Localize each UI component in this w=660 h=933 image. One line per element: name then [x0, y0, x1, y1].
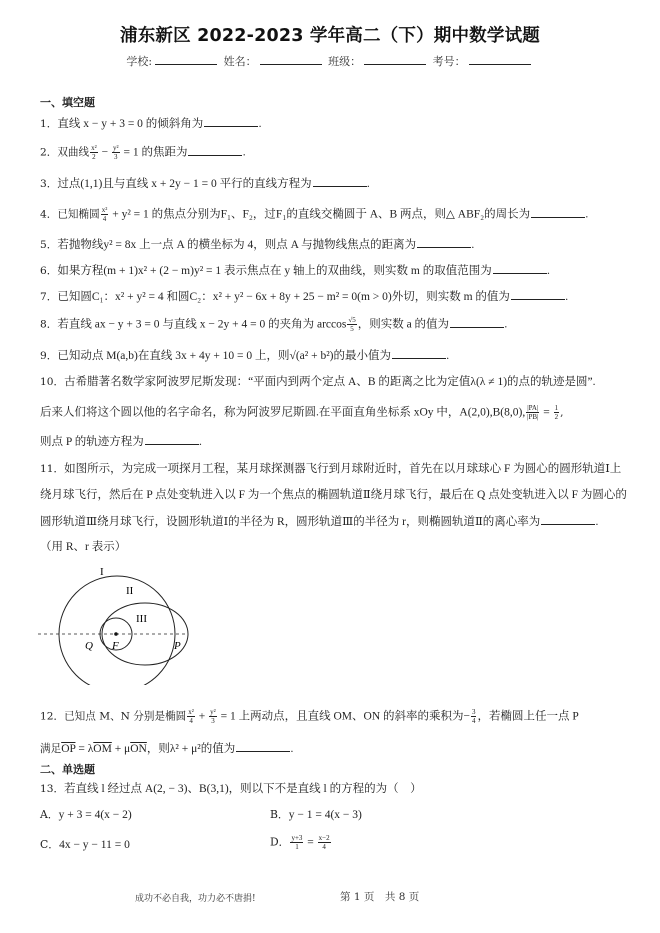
answer-blank[interactable] — [417, 237, 471, 248]
period: . — [367, 178, 370, 190]
question-number: 2． — [40, 147, 57, 159]
question-11-note: （用 R、r 表示） — [40, 540, 126, 554]
fraction: |PA||PB| — [526, 404, 539, 421]
answer-blank[interactable] — [493, 263, 547, 274]
question-text: 若抛物线y² = 8x 上一点 A 的横坐标为 4，则点 A 与抛物线焦点的距离… — [57, 239, 416, 251]
label-Q: Q — [85, 640, 93, 652]
school-field[interactable] — [155, 54, 217, 65]
question-text: ，则λ² + μ²的值为 — [147, 743, 235, 755]
period: . — [595, 516, 598, 528]
denominator: 1 — [290, 843, 303, 851]
question-text: = 1 的焦距为 — [121, 147, 188, 159]
question-number: 11． — [40, 463, 64, 475]
question-9: 9．已知动点 M(a,b)在直线 3x + 4y + 10 = 0 上，则√(a… — [40, 348, 449, 363]
footer-motto: 成功不必自我，功力必不唐捐! — [135, 891, 256, 904]
vector-OP: OP — [61, 743, 75, 755]
numerator: 3 — [471, 708, 477, 717]
fraction: y²3 — [209, 708, 217, 725]
operator: = λ — [75, 743, 93, 755]
student-info-row: 学校: 姓名： 班级： 考号： — [0, 53, 660, 69]
question-text: 绕月球飞行，然后在 P 点处变轨进入以 F 为一个焦点的椭圆轨道Ⅱ绕月球飞行，最… — [40, 489, 627, 501]
denominator: 3 — [209, 717, 217, 725]
question-5: 5．若抛物线y² = 8x 上一点 A 的横坐标为 4，则点 A 与抛物线焦点的… — [40, 237, 475, 252]
page-indicator: 第 1 页 共 8 页 — [340, 889, 419, 904]
answer-blank[interactable] — [450, 317, 504, 328]
denominator: 4 — [471, 717, 477, 725]
label-F: F — [111, 640, 119, 652]
focus-point — [114, 632, 118, 636]
question-number: 7． — [40, 291, 57, 303]
numerator: x² — [101, 206, 109, 215]
name-label: 姓名： — [224, 55, 257, 68]
fraction: x²4 — [187, 708, 195, 725]
operator: = — [304, 837, 316, 849]
option-label: C． — [40, 838, 59, 851]
period: . — [585, 209, 588, 221]
numerator: x² — [90, 144, 98, 153]
period: . — [258, 118, 261, 130]
question-11-line-2: 绕月球飞行，然后在 P 点处变轨进入以 F 为一个焦点的椭圆轨道Ⅱ绕月球飞行，最… — [40, 488, 627, 502]
question-text: 若直线 ax − y + 3 = 0 与直线 x − 2y + 4 = 0 的夹… — [57, 319, 346, 331]
option-C[interactable]: C．4x − y − 11 = 0 — [40, 838, 130, 852]
question-12-line-2: 满足OP = λOM + μON，则λ² + μ²的值为. — [40, 741, 294, 756]
fraction: 12 — [554, 404, 560, 421]
fraction: 34 — [471, 708, 477, 725]
answer-blank[interactable] — [313, 176, 367, 187]
question-8: 8．若直线 ax − y + 3 = 0 与直线 x − 2y + 4 = 0 … — [40, 316, 507, 333]
orbit-diagram: I II III Q F P — [30, 560, 200, 685]
fraction: x−24 — [318, 834, 331, 851]
question-text: 后来人们将这个圆以他的名字命名，称为阿波罗尼斯圆.在平面直角坐标系 xOy 中，… — [40, 407, 525, 419]
question-text: 已知椭圆 — [57, 209, 99, 221]
question-12-line-1: 12．已知点 M、N 分别是椭圆x²4 + y²3 = 1 上两动点，且直线 O… — [40, 708, 579, 725]
period: . — [199, 436, 202, 448]
answer-blank[interactable] — [188, 145, 242, 156]
option-label: A． — [40, 808, 59, 821]
question-number: 12． — [40, 711, 64, 723]
question-number: 3． — [40, 178, 57, 190]
question-6: 6．如果方程(m + 1)x² + (2 − m)y² = 1 表示焦点在 y … — [40, 263, 550, 278]
denominator: 4 — [318, 843, 331, 851]
option-B[interactable]: B．y − 1 = 4(x − 3) — [270, 808, 362, 822]
section-heading-fill-blank: 一、填空题 — [40, 94, 95, 110]
denominator: 4 — [101, 215, 109, 223]
question-text: （用 R、r 表示） — [40, 541, 126, 553]
numerator: |PA| — [526, 404, 539, 413]
question-3: 3．过点(1,1)且与直线 x + 2y − 1 = 0 平行的直线方程为. — [40, 176, 370, 191]
answer-blank[interactable] — [541, 514, 595, 525]
period: . — [471, 239, 474, 251]
question-1: 1．直线 x − y + 3 = 0 的倾斜角为. — [40, 116, 262, 131]
operator: = — [540, 407, 552, 419]
question-number: 9． — [40, 350, 57, 362]
question-text: 则点 P 的轨迹方程为 — [40, 436, 144, 448]
option-text: 4x − y − 11 = 0 — [59, 839, 130, 851]
period: . — [290, 743, 293, 755]
answer-blank[interactable] — [145, 434, 199, 445]
question-text: 古希腊著名数学家阿波罗尼斯发现：“平面内到两个定点 A、B 的距离之比为定值λ(… — [64, 376, 595, 388]
option-label: B． — [270, 808, 289, 821]
numerator: x−2 — [318, 834, 331, 843]
numerator: 1 — [554, 404, 560, 413]
class-label: 班级： — [328, 55, 361, 68]
orbit-circle-I — [59, 576, 175, 685]
answer-blank[interactable] — [204, 116, 258, 127]
fraction: √55 — [347, 316, 356, 333]
question-text: + y² = 1 的焦点分别为F₁、F₂，过F₁的直线交椭圆于 A、B 两点，则… — [109, 209, 530, 221]
question-number: 1． — [40, 118, 57, 130]
question-number: 13． — [40, 783, 64, 795]
exam-number-label: 考号： — [433, 55, 466, 68]
denominator: 2 — [90, 153, 98, 161]
option-A[interactable]: A．y + 3 = 4(x − 2) — [40, 808, 132, 822]
denominator: |PB| — [526, 413, 539, 421]
denominator: 5 — [347, 325, 356, 333]
question-11-line-1: 11．如图所示，为完成一项探月工程，某月球探测器飞行到月球附近时，首先在以月球球… — [40, 462, 621, 476]
fraction: x²2 — [90, 144, 98, 161]
question-text: 如果方程(m + 1)x² + (2 − m)y² = 1 表示焦点在 y 轴上… — [57, 265, 491, 277]
option-label: D． — [270, 836, 289, 849]
question-text: 已知动点 M(a,b)在直线 3x + 4y + 10 = 0 上，则√(a² … — [57, 350, 391, 362]
operator: + μ — [112, 743, 130, 755]
label-III: III — [136, 613, 147, 625]
question-text: = 1 上两动点，且直线 OM、ON 的斜率的乘积为− — [218, 711, 470, 723]
question-text: ，则实数 a 的值为 — [358, 319, 449, 331]
label-P: P — [173, 640, 181, 652]
denominator: 4 — [187, 717, 195, 725]
answer-blank[interactable] — [236, 741, 290, 752]
question-text: 如图所示，为完成一项探月工程，某月球探测器飞行到月球附近时，首先在以月球球心 F… — [64, 463, 621, 475]
question-text: 过点(1,1)且与直线 x + 2y − 1 = 0 平行的直线方程为 — [57, 178, 311, 190]
option-text: y + 3 = 4(x − 2) — [59, 809, 132, 821]
period: . — [547, 265, 550, 277]
question-2: 2．双曲线x²2 − y²3 = 1 的焦距为. — [40, 144, 246, 161]
period: . — [504, 319, 507, 331]
period: . — [242, 147, 245, 159]
question-10-line-2: 后来人们将这个圆以他的名字命名，称为阿波罗尼斯圆.在平面直角坐标系 xOy 中，… — [40, 404, 563, 421]
numerator: y² — [209, 708, 217, 717]
fraction: x²4 — [101, 206, 109, 223]
question-11-line-3: 圆形轨道Ⅲ绕月球飞行，设圆形轨道Ⅰ的半径为 R，圆形轨道Ⅲ的半径为 r，则椭圆轨… — [40, 514, 599, 529]
denominator: 3 — [112, 153, 120, 161]
answer-blank[interactable] — [392, 348, 446, 359]
fraction: y+31 — [290, 834, 303, 851]
comma: , — [560, 407, 563, 419]
fraction: y²3 — [112, 144, 120, 161]
name-field[interactable] — [260, 54, 322, 65]
period: . — [446, 350, 449, 362]
question-text: 若直线 l 经过点 A(2, − 3)、B(3,1)，则以下不是直线 l 的方程… — [64, 783, 422, 795]
question-number: 8． — [40, 319, 57, 331]
operator: − — [99, 147, 111, 159]
denominator: 2 — [554, 413, 560, 421]
question-text: 双曲线 — [57, 147, 89, 159]
numerator: x² — [187, 708, 195, 717]
exam-title: 浦东新区 2022-2023 学年高二（下）期中数学试题 — [0, 22, 660, 47]
vector-OM: OM — [93, 743, 112, 755]
class-field[interactable] — [364, 54, 426, 65]
section-heading-single-choice: 二、单选题 — [40, 761, 95, 777]
question-number: 10． — [40, 376, 64, 388]
period: . — [565, 291, 568, 303]
question-10-line-3: 则点 P 的轨迹方程为. — [40, 434, 202, 449]
answer-blank[interactable] — [531, 207, 585, 218]
school-label: 学校: — [126, 55, 152, 68]
question-number: 4． — [40, 209, 57, 221]
question-number: 6． — [40, 265, 57, 277]
operator: + — [196, 711, 208, 723]
answer-blank[interactable] — [511, 289, 565, 300]
vector-ON: ON — [130, 743, 147, 755]
option-text: y − 1 = 4(x − 3) — [289, 809, 362, 821]
question-13: 13．若直线 l 经过点 A(2, − 3)、B(3,1)，则以下不是直线 l … — [40, 782, 422, 796]
label-I: I — [100, 566, 104, 578]
question-text: 满足 — [40, 743, 61, 755]
option-D[interactable]: D．y+31 = x−24 — [270, 834, 332, 851]
label-II: II — [126, 585, 134, 597]
question-4: 4．已知椭圆x²4 + y² = 1 的焦点分别为F₁、F₂，过F₁的直线交椭圆… — [40, 206, 589, 223]
exam-number-field[interactable] — [469, 54, 531, 65]
question-text: 已知点 M、N 分别是椭圆 — [64, 711, 186, 723]
question-text: 已知圆C₁：x² + y² = 4 和圆C₂：x² + y² − 6x + 8y… — [57, 291, 510, 303]
question-10-line-1: 10．古希腊著名数学家阿波罗尼斯发现：“平面内到两个定点 A、B 的距离之比为定… — [40, 375, 596, 389]
question-7: 7．已知圆C₁：x² + y² = 4 和圆C₂：x² + y² − 6x + … — [40, 289, 568, 304]
numerator: y² — [112, 144, 120, 153]
question-text: 直线 x − y + 3 = 0 的倾斜角为 — [57, 118, 203, 130]
question-text: ，若椭圆上任一点 P — [477, 711, 578, 723]
question-number: 5． — [40, 239, 57, 251]
numerator: √5 — [347, 316, 356, 325]
numerator: y+3 — [290, 834, 303, 843]
question-text: 圆形轨道Ⅲ绕月球飞行，设圆形轨道Ⅰ的半径为 R，圆形轨道Ⅲ的半径为 r，则椭圆轨… — [40, 516, 540, 528]
